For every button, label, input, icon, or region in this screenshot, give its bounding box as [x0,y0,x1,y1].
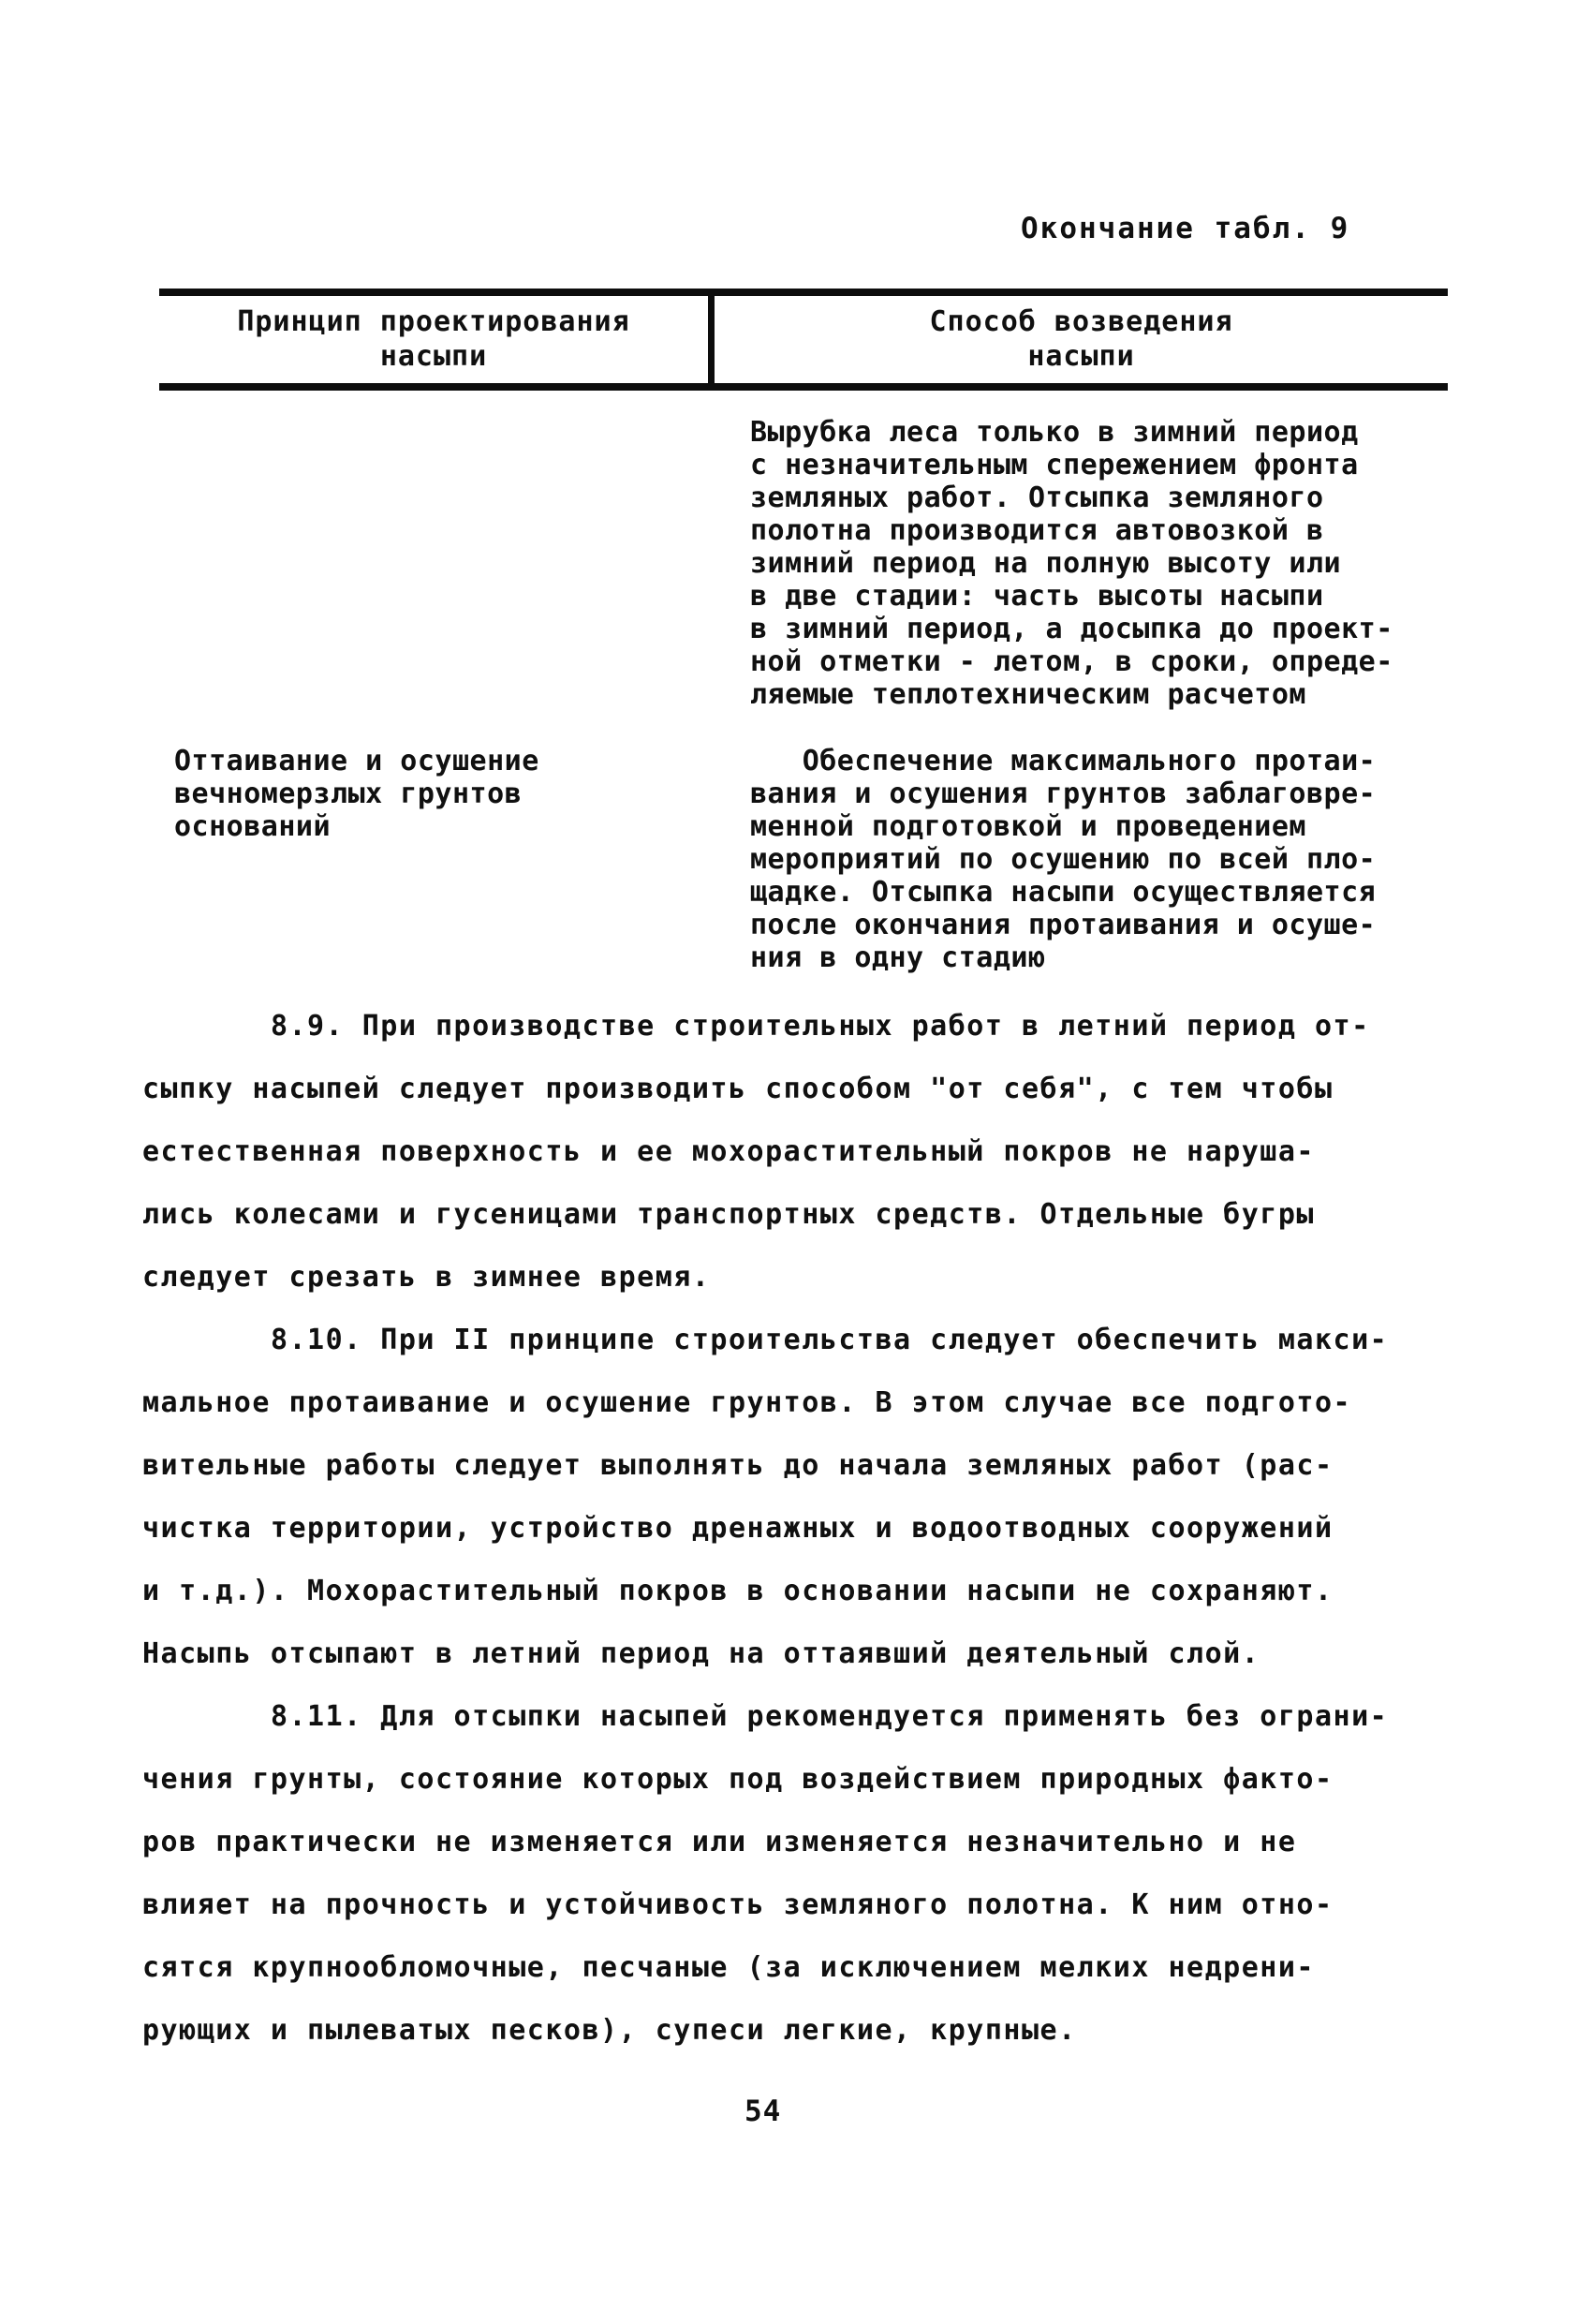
paragraph-8-9: 8.9. При производстве строительных работ… [142,995,1510,1309]
table-header-design-principle: Принцип проектирования насыпи [159,296,715,383]
page-number: 54 [744,2095,781,2128]
table-row: Вырубка леса только в зимний период с не… [159,416,1448,711]
table-cell-principle-empty [159,416,715,711]
table-header-row: Принцип проектирования насыпи Способ воз… [159,289,1448,391]
document-page: Окончание табл. 9 Принцип проектирования… [0,0,1592,2324]
table-header-construction-method: Способ возведения насыпи [715,296,1448,383]
table-row: Оттаивание и осушение вечномерзлых грунт… [159,745,1448,974]
body-paragraphs: 8.9. При производстве строительных работ… [142,995,1510,2062]
paragraph-8-10: 8.10. При II принципе строительства след… [142,1309,1510,1685]
table-cell-method: Вырубка леса только в зимний период с не… [715,416,1448,711]
paragraph-8-11: 8.11. Для отсыпки насыпей рекомендуется … [142,1685,1510,2062]
table-continuation-caption: Окончание табл. 9 [1021,212,1349,245]
table-cell-principle: Оттаивание и осушение вечномерзлых грунт… [159,745,715,974]
table-9: Принцип проектирования насыпи Способ воз… [159,289,1448,974]
table-cell-method: Обеспечение максимального протаи- вания … [715,745,1448,974]
